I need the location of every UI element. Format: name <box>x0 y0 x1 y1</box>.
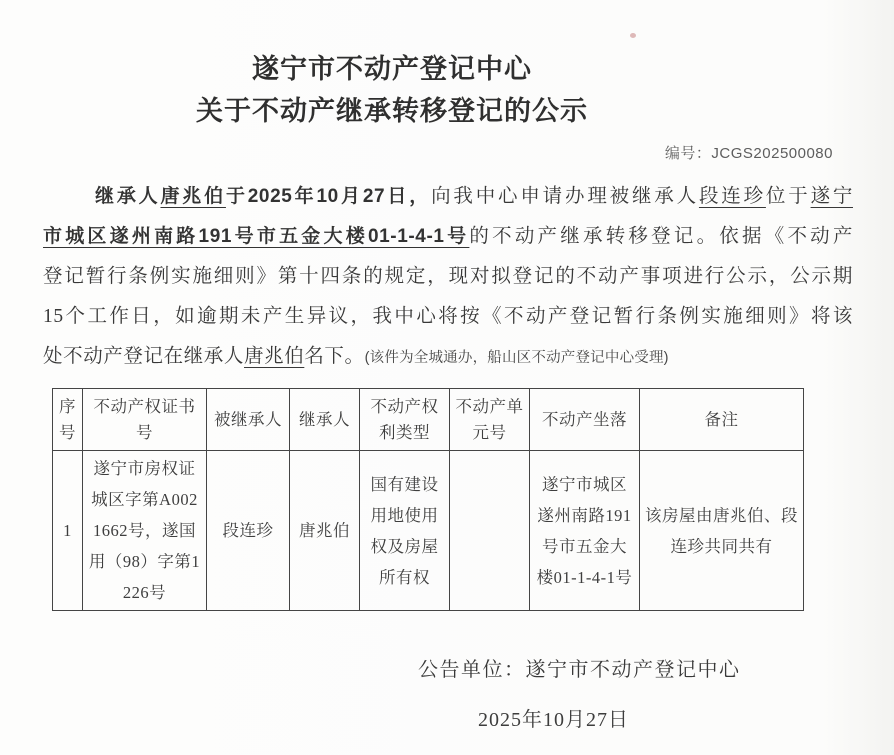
table-cell: 该房屋由唐兆伯、段连珍共同共有 <box>640 451 804 611</box>
notice-text-segment: 名下。 <box>304 346 364 367</box>
notice-text-segment: (该件为全城通办，船山区不动产登记中心受理) <box>365 350 669 366</box>
notice-text-segment: 登记暂行条例实施细则》第十四条的规定，现对拟登记的不动产事项进行公示，公示期 <box>43 266 853 287</box>
notice-text-segment: 向我中心申请办理被继承人 <box>431 186 699 207</box>
page-title-line-2: 关于不动产继承转移登记的公示 <box>0 90 784 132</box>
notice-line: 市城区遂州南路191号市五金大楼01-1-4-1号的不动产继承转移登记。依据《不… <box>43 217 853 257</box>
footer-block: 公告单位：遂宁市不动产登记中心 2025年10月27日 <box>0 657 894 733</box>
notice-text-segment: 处不动产登记在继承人 <box>43 346 244 367</box>
notice-line: 继承人唐兆伯于2025年10月27日，向我中心申请办理被继承人段连珍位于遂宁 <box>43 177 853 217</box>
document-page: 遂宁市不动产登记中心 关于不动产继承转移登记的公示 编号：JCGS2025000… <box>0 0 894 755</box>
table-cell: 遂宁市城区遂州南路191号市五金大楼01-1-4-1号 <box>530 451 640 611</box>
notice-text-segment: 唐兆伯 <box>244 346 304 367</box>
notice-text-segment: 15个工作日，如逾期未产生异议，我中心将按《不动产登记暂行条例实施细则》将该 <box>43 306 853 327</box>
issue-date: 2025年10月27日 <box>478 707 894 733</box>
table-header-cell: 序号 <box>53 389 83 451</box>
notice-text-segment: 段连珍 <box>699 186 766 207</box>
notice-text-segment: 位于 <box>766 186 811 207</box>
property-registration-table: 序号不动产权证书号被继承人继承人不动产权利类型不动产单元号不动产坐落备注 1遂宁… <box>52 388 804 611</box>
notice-text-segment: 2025年10月27日， <box>248 186 431 207</box>
notice-text-segment: 于 <box>226 186 248 207</box>
notice-line: 登记暂行条例实施细则》第十四条的规定，现对拟登记的不动产事项进行公示，公示期 <box>43 257 853 297</box>
doc-number-value: JCGS202500080 <box>711 145 833 162</box>
title-block: 遂宁市不动产登记中心 关于不动产继承转移登记的公示 <box>0 0 784 132</box>
table-header-cell: 不动产单元号 <box>450 389 530 451</box>
table-cell: 唐兆伯 <box>290 451 360 611</box>
notice-text-segment: 的不动产继承转移登记。依据《不动产 <box>469 226 853 247</box>
issuing-unit: 公告单位：遂宁市不动产登记中心 <box>418 657 894 683</box>
table-header-cell: 被继承人 <box>207 389 290 451</box>
notice-line: 15个工作日，如逾期未产生异议，我中心将按《不动产登记暂行条例实施细则》将该 <box>43 297 853 337</box>
notice-text-segment: 继承人 <box>95 186 160 207</box>
table-header-cell: 不动产坐落 <box>530 389 640 451</box>
notice-text-segment: 遂宁 <box>811 186 853 207</box>
table-cell <box>450 451 530 611</box>
notice-paragraph: 继承人唐兆伯于2025年10月27日，向我中心申请办理被继承人段连珍位于遂宁市城… <box>43 177 853 377</box>
table-cell: 遂宁市房权证城区字第A0021662号，遂国用（98）字第1226号 <box>83 451 207 611</box>
notice-text-segment: 唐兆伯 <box>160 186 225 207</box>
doc-number-label: 编号： <box>665 145 712 162</box>
page-title-line-1: 遂宁市不动产登记中心 <box>0 48 784 90</box>
table-cell: 1 <box>53 451 83 611</box>
doc-number: 编号：JCGS202500080 <box>0 142 833 163</box>
table-header-cell: 备注 <box>640 389 804 451</box>
table-header-cell: 继承人 <box>290 389 360 451</box>
table-body: 1遂宁市房权证城区字第A0021662号，遂国用（98）字第1226号段连珍唐兆… <box>53 451 804 611</box>
table-header-cell: 不动产权证书号 <box>83 389 207 451</box>
table-cell: 国有建设用地使用权及房屋所有权 <box>360 451 450 611</box>
table-header-cell: 不动产权利类型 <box>360 389 450 451</box>
table-header-row: 序号不动产权证书号被继承人继承人不动产权利类型不动产单元号不动产坐落备注 <box>53 389 804 451</box>
table-cell: 段连珍 <box>207 451 290 611</box>
scan-artifact-dot <box>630 33 636 38</box>
notice-text-segment: 市城区遂州南路191号市五金大楼01-1-4-1号 <box>43 226 469 247</box>
notice-line: 处不动产登记在继承人唐兆伯名下。(该件为全城通办，船山区不动产登记中心受理) <box>43 337 853 377</box>
table-row: 1遂宁市房权证城区字第A0021662号，遂国用（98）字第1226号段连珍唐兆… <box>53 451 804 611</box>
